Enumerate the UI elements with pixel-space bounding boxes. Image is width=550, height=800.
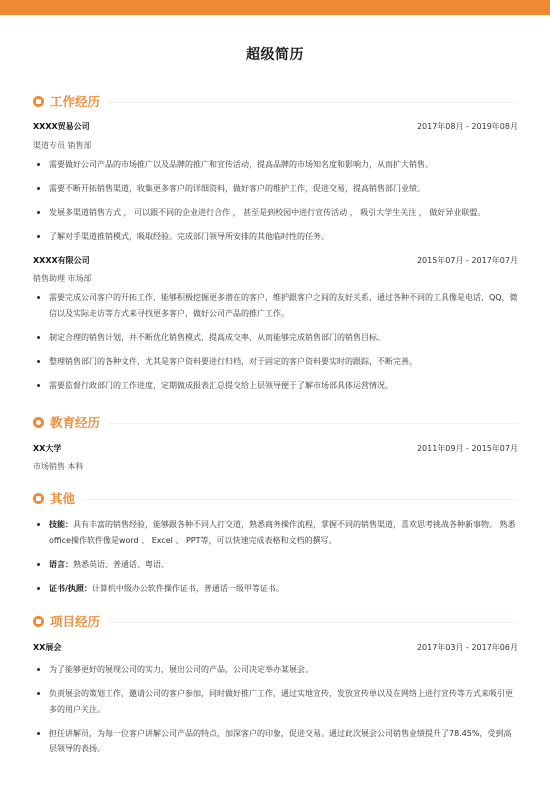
section-divider <box>108 622 518 623</box>
item-text: 具有丰富的销售经验，能够跟各种不同人打交道，熟悉商务操作流程，掌握不同的销售渠道… <box>49 520 516 545</box>
section-title: 项目经历 <box>50 612 100 630</box>
work-bullets: 需要做好公司产品的市场推广以及品牌的推广和宣传活动，提高品牌的市场知名度和影响力… <box>33 157 518 253</box>
section-header-work: 工作经历 <box>33 93 518 113</box>
ring-icon <box>33 417 44 428</box>
section-header-projects: 项目经历 <box>33 613 518 633</box>
company-name: XXXX有限公司 <box>33 256 90 265</box>
section-title: 其他 <box>50 489 75 507</box>
item-key: 语言： <box>49 560 73 569</box>
list-item: 需要做好公司产品的市场推广以及品牌的推广和宣传活动，提高品牌的市场知名度和影响力… <box>33 157 518 173</box>
company-name: XXXX贸易公司 <box>33 122 90 131</box>
job-role: 销售助理 市场部 <box>33 273 92 284</box>
job-role: 渠道专员 销售部 <box>33 140 92 151</box>
date-range: 2017年03月 - 2017年06月 <box>417 642 518 653</box>
list-item: 需要完成公司客户的开拓工作，能够积极挖掘更多潜在的客户，维护跟客户之间的友好关系… <box>33 290 518 321</box>
minus-circle-icon <box>33 96 44 107</box>
date-range: 2011年09月 - 2015年07月 <box>417 443 518 454</box>
item-text: 熟悉英语、普通话、粤语。 <box>73 560 169 569</box>
project-entry-header: XX展会 2017年03月 - 2017年06月 <box>33 642 518 653</box>
work-entry-header: XXXX贸易公司 2017年08月 - 2019年08月 <box>33 121 518 132</box>
other-list: 技能：具有丰富的销售经验，能够跟各种不同人打交道，熟悉商务操作流程，掌握不同的销… <box>33 517 518 605</box>
date-range: 2015年07月 - 2017年07月 <box>417 255 518 266</box>
school-name: XX大学 <box>33 444 61 453</box>
section-divider <box>108 102 518 103</box>
section-header-other: 其他 <box>33 490 518 510</box>
item-text: 计算机中级办公软件操作证书，普通话一级甲等证书。 <box>92 584 284 593</box>
work-bullets: 需要完成公司客户的开拓工作，能够积极挖掘更多潜在的客户，维护跟客户之间的友好关系… <box>33 290 518 402</box>
list-item: 了解对手渠道推销模式，吸取经验。完成部门领导所安排的其他临时性的任务。 <box>33 229 518 245</box>
skills-item: 技能：具有丰富的销售经验，能够跟各种不同人打交道，熟悉商务操作流程，掌握不同的销… <box>33 517 518 548</box>
list-item: 制定合理的销售计划，并不断优化销售模式，提高成交率，从而能够完成销售部门的销售目… <box>33 330 518 346</box>
section-header-education: 教育经历 <box>33 414 518 434</box>
list-item: 整理销售部门的各种文件，尤其是客户资料要进行归档，对于固定的客户资料要实时的跟踪… <box>33 354 518 370</box>
section-title: 工作经历 <box>50 92 100 110</box>
grid-circle-icon <box>33 493 44 504</box>
list-item: 需要监督行政部门的工作进度，定期做成报表汇总提交给上层领导便于了解市场部具体运营… <box>33 378 518 394</box>
date-range: 2017年08月 - 2019年08月 <box>417 121 518 132</box>
list-item: 负责展会的策划工作，邀请公司的客户参加，同时做好推广工作，通过实地宣传，发放宣传… <box>33 686 518 717</box>
list-item: 担任讲解员，为每一位客户讲解公司产品的特点，加深客户的印象，促进交易。通过此次展… <box>33 726 518 757</box>
major-degree: 市场销售 本科 <box>33 461 84 472</box>
doc-circle-icon <box>33 616 44 627</box>
certificate-item: 证书/执照：计算机中级办公软件操作证书，普通话一级甲等证书。 <box>33 581 518 597</box>
list-item: 发展多渠道销售方式 ， 可以跟不同的企业进行合作 ， 甚至是到校园中进行宣传活动… <box>33 205 518 221</box>
resume-title: 超级简历 <box>0 44 550 64</box>
section-divider <box>108 423 518 424</box>
list-item: 需要不断开拓销售渠道，收集更多客户的详细资料，做好客户的维护工作，促进交易，提高… <box>33 181 518 197</box>
section-title: 教育经历 <box>50 413 100 431</box>
item-key: 技能： <box>49 520 73 529</box>
top-accent-bar <box>0 0 550 15</box>
language-item: 语言：熟悉英语、普通话、粤语。 <box>33 557 518 573</box>
project-bullets: 为了能够更好的展现公司的实力，展出公司的产品，公司决定举办某展会。 负责展会的策… <box>33 662 518 765</box>
work-entry-header: XXXX有限公司 2015年07月 - 2017年07月 <box>33 255 518 266</box>
section-divider <box>83 499 518 500</box>
project-name: XX展会 <box>33 643 61 652</box>
education-entry-header: XX大学 2011年09月 - 2015年07月 <box>33 443 518 454</box>
list-item: 为了能够更好的展现公司的实力，展出公司的产品，公司决定举办某展会。 <box>33 662 518 678</box>
item-key: 证书/执照： <box>49 584 92 593</box>
